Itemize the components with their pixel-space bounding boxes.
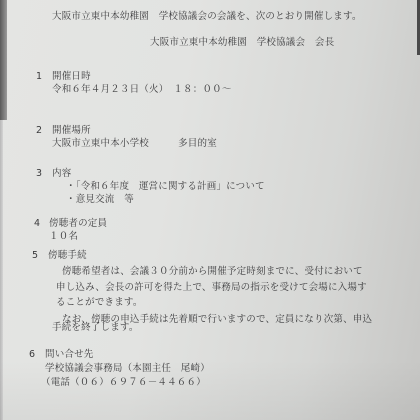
section-number: 6 bbox=[29, 349, 35, 361]
section-number: 2 bbox=[36, 125, 42, 137]
section-line: 学校協議会事務局（本園主任 尾崎） bbox=[45, 363, 210, 375]
section-line: １０名 bbox=[49, 231, 78, 243]
section-line: 傍聴希望者は、会議３０分前から開催予定時刻までに、受付において bbox=[62, 266, 363, 278]
section-number: 4 bbox=[34, 218, 40, 230]
section-line: 大阪市立東中本小学校 多目的室 bbox=[52, 138, 217, 150]
section-heading: 内容 bbox=[52, 168, 71, 180]
section-line: （電話（０６）６９７６－４４６６） bbox=[41, 377, 206, 389]
section-line: 申し込み、会長の許可を得た上で、事務局の指示を受けて会場に入場す bbox=[56, 282, 367, 294]
section-number: 5 bbox=[32, 250, 38, 262]
section-heading: 問い合せ先 bbox=[45, 349, 94, 361]
section-line: ・意見交流 等 bbox=[66, 194, 134, 206]
section-heading: 開催場所 bbox=[52, 125, 91, 137]
section-number: 3 bbox=[36, 168, 42, 180]
section-line: ることができます。 bbox=[56, 297, 143, 309]
section-line: 令和６年４月２３日（火） １８：００～ bbox=[52, 84, 232, 96]
section-heading: 傍聴手続 bbox=[48, 250, 87, 262]
section-line: 手続を終了します。 bbox=[52, 322, 139, 334]
section-heading: 傍聴者の定員 bbox=[49, 218, 107, 230]
section-line: ・「令和６年度 運営に関する計画」について bbox=[66, 181, 265, 193]
section-number: 1 bbox=[36, 71, 42, 83]
photo-edge-left bbox=[0, 0, 7, 120]
section-heading: 開催日時 bbox=[52, 71, 91, 83]
intro-text: 大阪市立東中本幼稚園 学校協議会の会議を、次のとおり開催します。 bbox=[52, 11, 362, 23]
sender-text: 大阪市立東中本幼稚園 学校協議会 会長 bbox=[150, 37, 334, 49]
